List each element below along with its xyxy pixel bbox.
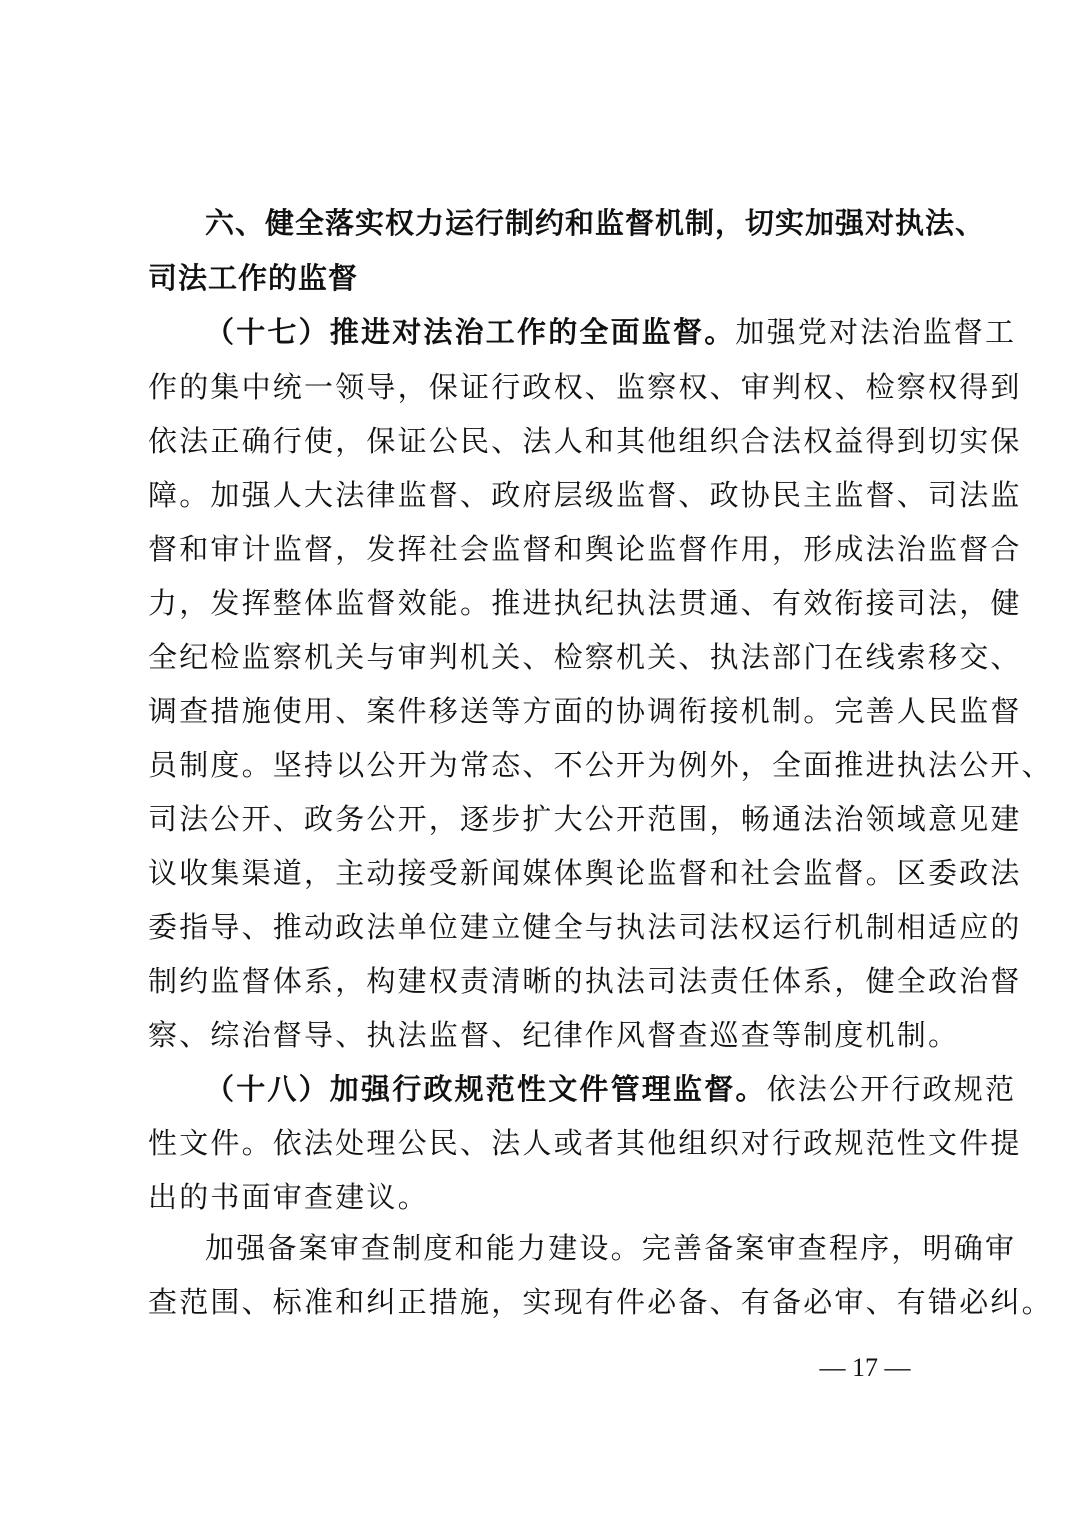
paragraph-17-line: 员制度。坚持以公开为常态、不公开为例外，全面推进执法公开、 bbox=[148, 738, 952, 792]
paragraph-17-line: 障。加强人大法律监督、政府层级监督、政协民主监督、司法监 bbox=[148, 468, 952, 522]
paragraph-18-lead: （十八）加强行政规范性文件管理监督。 bbox=[205, 1072, 767, 1106]
paragraph-filing-line-2: 查范围、标准和纠正措施，实现有件必备、有备必审、有错必纠。 bbox=[148, 1275, 952, 1329]
paragraph-17-line: 全纪检监察机关与审判机关、检察机关、执法部门在线索移交、 bbox=[148, 630, 952, 684]
paragraph-18-text: 依法公开行政规范 bbox=[767, 1072, 1017, 1106]
section-heading-line-1: 六、健全落实权力运行制约和监督机制，切实加强对执法、 bbox=[205, 196, 952, 250]
paragraph-filing-line-1: 加强备案审查制度和能力建设。完善备案审查程序，明确审 bbox=[205, 1221, 952, 1275]
paragraph-17-line: 依法正确行使，保证公民、法人和其他组织合法权益得到切实保 bbox=[148, 414, 952, 468]
paragraph-17-line: 作的集中统一领导，保证行政权、监察权、审判权、检察权得到 bbox=[148, 360, 952, 414]
paragraph-17-line-1: （十七）推进对法治工作的全面监督。加强党对法治监督工 bbox=[205, 305, 952, 359]
page-number: — 17 — bbox=[790, 1350, 940, 1386]
paragraph-17-line: 委指导、推动政法单位建立健全与执法司法权运行机制相适应的 bbox=[148, 900, 952, 954]
paragraph-17-lead: （十七）推进对法治工作的全面监督。 bbox=[205, 315, 735, 349]
section-heading-line-2: 司法工作的监督 bbox=[148, 251, 952, 305]
paragraph-17-line: 调查措施使用、案件移送等方面的协调衔接机制。完善人民监督 bbox=[148, 684, 952, 738]
paragraph-17-line-last: 察、综治督导、执法监督、纪律作风督查巡查等制度机制。 bbox=[148, 1008, 952, 1062]
paragraph-17-text: 加强党对法治监督工 bbox=[735, 315, 1016, 349]
paragraph-18-line-1: （十八）加强行政规范性文件管理监督。依法公开行政规范 bbox=[205, 1062, 952, 1116]
document-page: 六、健全落实权力运行制约和监督机制，切实加强对执法、 司法工作的监督 （十七）推… bbox=[0, 0, 1074, 1520]
paragraph-18-line-last: 出的书面审查建议。 bbox=[148, 1170, 952, 1224]
paragraph-17-line: 司法公开、政务公开，逐步扩大公开范围，畅通法治领域意见建 bbox=[148, 792, 952, 846]
paragraph-17-line: 制约监督体系，构建权责清晰的执法司法责任体系，健全政治督 bbox=[148, 954, 952, 1008]
paragraph-17-line: 督和审计监督，发挥社会监督和舆论监督作用，形成法治监督合 bbox=[148, 522, 952, 576]
paragraph-17-line: 议收集渠道，主动接受新闻媒体舆论监督和社会监督。区委政法 bbox=[148, 846, 952, 900]
paragraph-17-line: 力，发挥整体监督效能。推进执纪执法贯通、有效衔接司法，健 bbox=[148, 576, 952, 630]
paragraph-18-line: 性文件。依法处理公民、法人或者其他组织对行政规范性文件提 bbox=[148, 1116, 952, 1170]
